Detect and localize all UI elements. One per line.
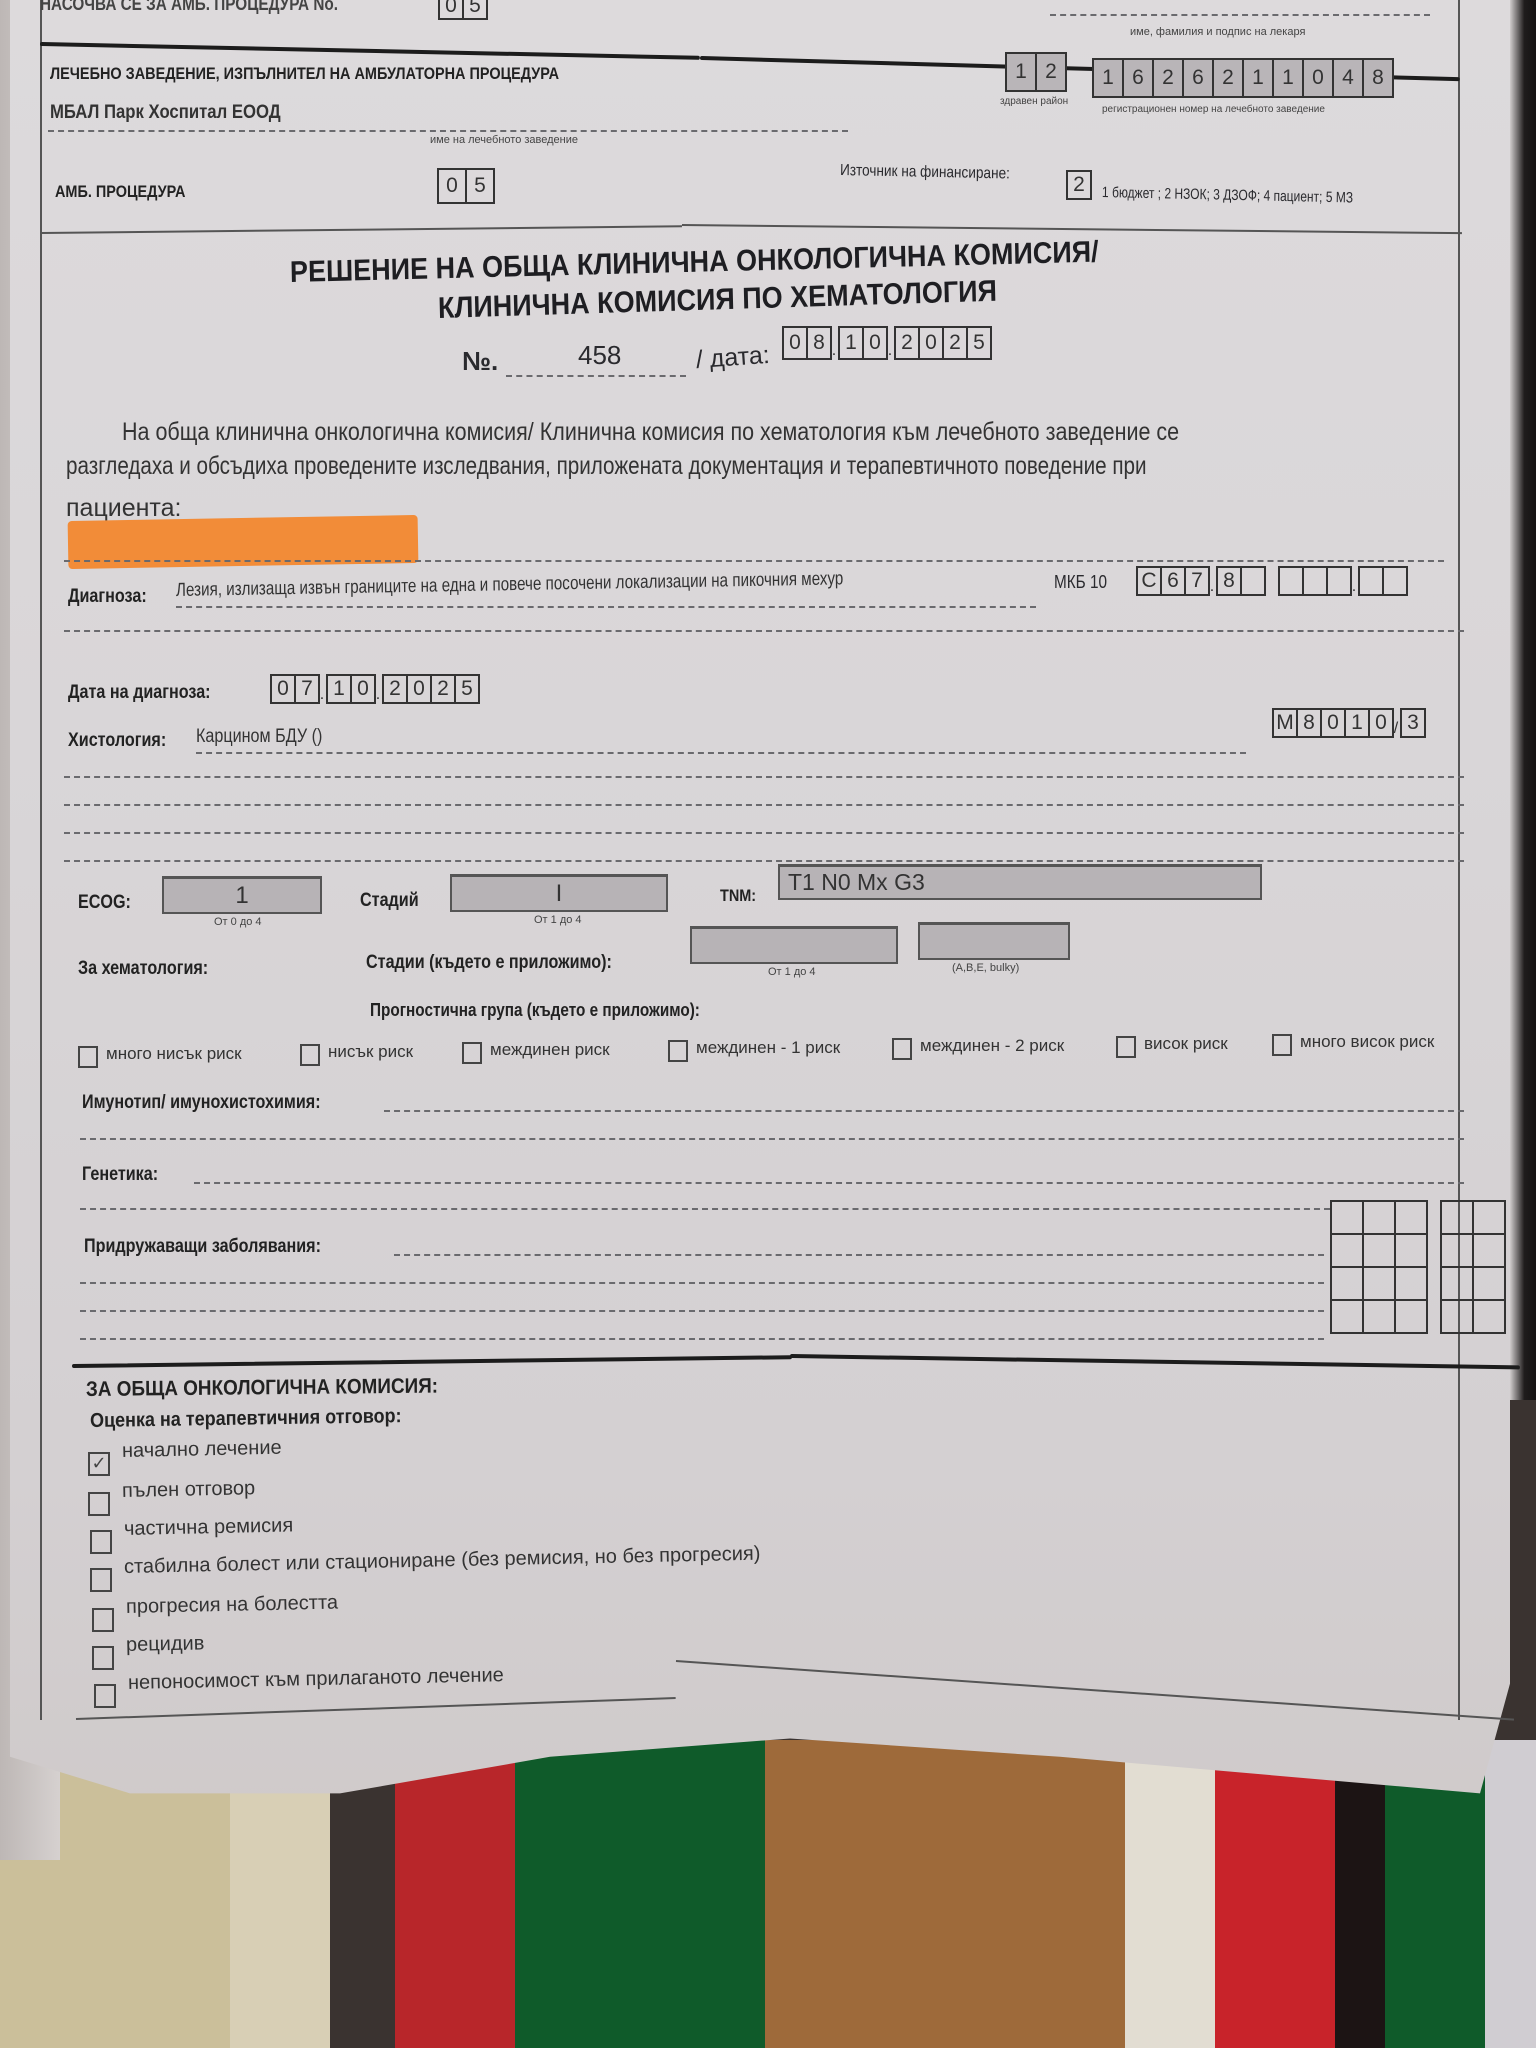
hema-class-hint: (A,B,E, bulky) <box>952 962 1019 974</box>
response-checkbox[interactable] <box>94 1684 116 1708</box>
decision-date: 0 8 . 1 0 . 2 0 2 5 <box>782 326 990 360</box>
decision-number-label: №. <box>462 346 498 377</box>
prognostic-option-label: междинен - 2 риск <box>920 1036 1064 1056</box>
mkb-code: C 6 7 . 8 . <box>1136 566 1406 596</box>
hema-class-field[interactable] <box>918 922 1070 960</box>
prognostic-checkbox[interactable] <box>892 1038 912 1060</box>
therapy-response-heading: Оценка на терапевтичния отговор: <box>90 1405 402 1433</box>
histology-line-2 <box>64 776 1464 778</box>
comorbidities-line <box>394 1254 1324 1256</box>
hema-stage-field[interactable] <box>690 926 898 964</box>
paper-shadow-edge <box>1510 0 1536 1400</box>
stage-label: Стадий <box>360 890 419 912</box>
intro-line1: На обща клинична онкологична комисия/ Кл… <box>122 418 1179 447</box>
diagnosis-date-label: Дата на диагноза: <box>68 682 211 704</box>
registration-number: 1 6 2 6 2 1 1 0 4 8 <box>1092 58 1392 98</box>
patient-name-line <box>64 560 1444 562</box>
signature-line <box>1050 14 1430 16</box>
prognostic-checkbox[interactable] <box>668 1040 688 1062</box>
financing-label: Източник на финансиране: <box>840 162 1010 183</box>
institution-label: ЛЕЧЕБНО ЗАВЕДЕНИЕ, ИЗПЪЛНИТЕЛ НА АМБУЛАТ… <box>50 64 559 84</box>
response-option-label: рецидив <box>126 1632 205 1657</box>
genetics-line <box>194 1182 1464 1184</box>
decision-number-line <box>506 375 686 377</box>
diagnosis-line <box>176 606 1036 608</box>
prognostic-checkbox[interactable] <box>462 1042 482 1064</box>
genetics-line-2 <box>80 1208 1330 1210</box>
histology-line-5 <box>64 860 1464 862</box>
prognostic-option-label: много висок риск <box>1300 1032 1434 1052</box>
prognostic-option-label: междинен - 1 риск <box>696 1038 840 1058</box>
decision-date-label: / дата: <box>695 341 771 375</box>
prognostic-checkbox[interactable] <box>300 1044 320 1066</box>
response-checkbox[interactable] <box>90 1530 112 1554</box>
financing-value-box: 2 <box>1066 170 1092 200</box>
histology-value: Карцином БДУ () <box>196 726 322 748</box>
decision-number: 458 <box>578 340 621 371</box>
prognostic-option-label: висок риск <box>1144 1034 1228 1054</box>
mkb-label: МКБ 10 <box>1054 572 1107 593</box>
comorbidities-line-4 <box>80 1338 1324 1340</box>
amb-procedure-code: 0 5 <box>437 168 493 204</box>
health-region-code: 1 2 <box>1005 52 1065 92</box>
diagnosis-date: 0 7 . 1 0 . 2 0 2 5 <box>270 674 478 704</box>
top-cut-code: 0 5 <box>438 0 486 20</box>
response-option-label: прогресия на болестта <box>126 1592 338 1619</box>
comorbidity-code-grid-1 <box>1330 1200 1428 1334</box>
oncology-commission-heading: ЗА ОБЩА ОНКОЛОГИЧНА КОМИСИЯ: <box>86 1375 438 1402</box>
hema-stage-range: От 1 до 4 <box>768 966 816 978</box>
histology-code: M 8 0 1 0 / 3 <box>1272 708 1424 738</box>
response-checkbox[interactable] <box>92 1646 114 1670</box>
institution-name-line <box>48 130 848 132</box>
histology-label: Хистология: <box>68 730 166 752</box>
genetics-label: Генетика: <box>82 1164 158 1186</box>
comorbidity-code-grid-2 <box>1440 1200 1506 1334</box>
stage-range: От 1 до 4 <box>534 914 582 926</box>
immunotype-line <box>384 1110 1464 1112</box>
hema-stages-label: Стадии (където е приложимо): <box>366 952 612 974</box>
comorbidities-line-2 <box>80 1282 1324 1284</box>
doctor-signature-caption: име, фамилия и подпис на лекаря <box>1130 26 1305 38</box>
prognostic-checkbox[interactable] <box>1116 1036 1136 1058</box>
response-checkbox[interactable] <box>88 1492 110 1516</box>
stage-field[interactable]: I <box>450 874 668 912</box>
response-checkbox[interactable] <box>92 1608 114 1632</box>
prognostic-group-label: Прогностична група (където е приложимо): <box>370 1000 700 1021</box>
amb-procedure-label: АМБ. ПРОЦЕДУРА <box>55 182 185 202</box>
prognostic-checkbox[interactable] <box>1272 1034 1292 1056</box>
prognostic-checkbox[interactable] <box>78 1046 98 1068</box>
diagnosis-label: Диагноза: <box>68 586 147 608</box>
institution-caption: име на лечебното заведение <box>430 134 578 146</box>
intro-line2: разгледаха и обсъдиха проведените изслед… <box>66 452 1147 481</box>
response-option-label: частична ремисия <box>124 1514 294 1541</box>
histology-line <box>196 752 1246 754</box>
tnm-label: TNM: <box>720 886 756 906</box>
top-cut-label: НАСОЧВА СЕ ЗА АМБ. ПРОЦЕДУРА No. <box>40 0 338 15</box>
immunotype-label: Имунотип/ имунохистохимия: <box>82 1092 321 1114</box>
prognostic-option-label: много нисък риск <box>106 1044 242 1064</box>
ecog-field[interactable]: 1 <box>162 876 322 914</box>
response-checkbox[interactable]: ✓ <box>88 1452 110 1476</box>
tnm-field[interactable]: T1 N0 Mx G3 <box>778 864 1262 900</box>
ecog-range: От 0 до 4 <box>214 916 262 928</box>
prognostic-option-label: междинен риск <box>490 1040 610 1060</box>
prognostic-option-label: нисък риск <box>328 1042 413 1062</box>
comorbidities-line-3 <box>80 1310 1324 1312</box>
histology-line-3 <box>64 804 1464 806</box>
institution-name: МБАЛ Парк Хоспитал ЕООД <box>50 102 281 124</box>
comorbidities-label: Придружаващи заболявания: <box>84 1236 321 1258</box>
health-region-caption: здравен район <box>1000 96 1068 107</box>
response-checkbox[interactable] <box>90 1568 112 1592</box>
registration-number-caption: регистрационен номер на лечебното заведе… <box>1102 104 1325 115</box>
histology-line-4 <box>64 832 1464 834</box>
ecog-label: ECOG: <box>78 892 131 914</box>
diagnosis-line-2 <box>64 630 1464 632</box>
response-option-label: пълен отговор <box>122 1477 256 1503</box>
immunotype-line-2 <box>80 1138 1464 1140</box>
hematology-label: За хематология: <box>78 958 208 980</box>
response-option-label: начално лечение <box>122 1437 282 1463</box>
